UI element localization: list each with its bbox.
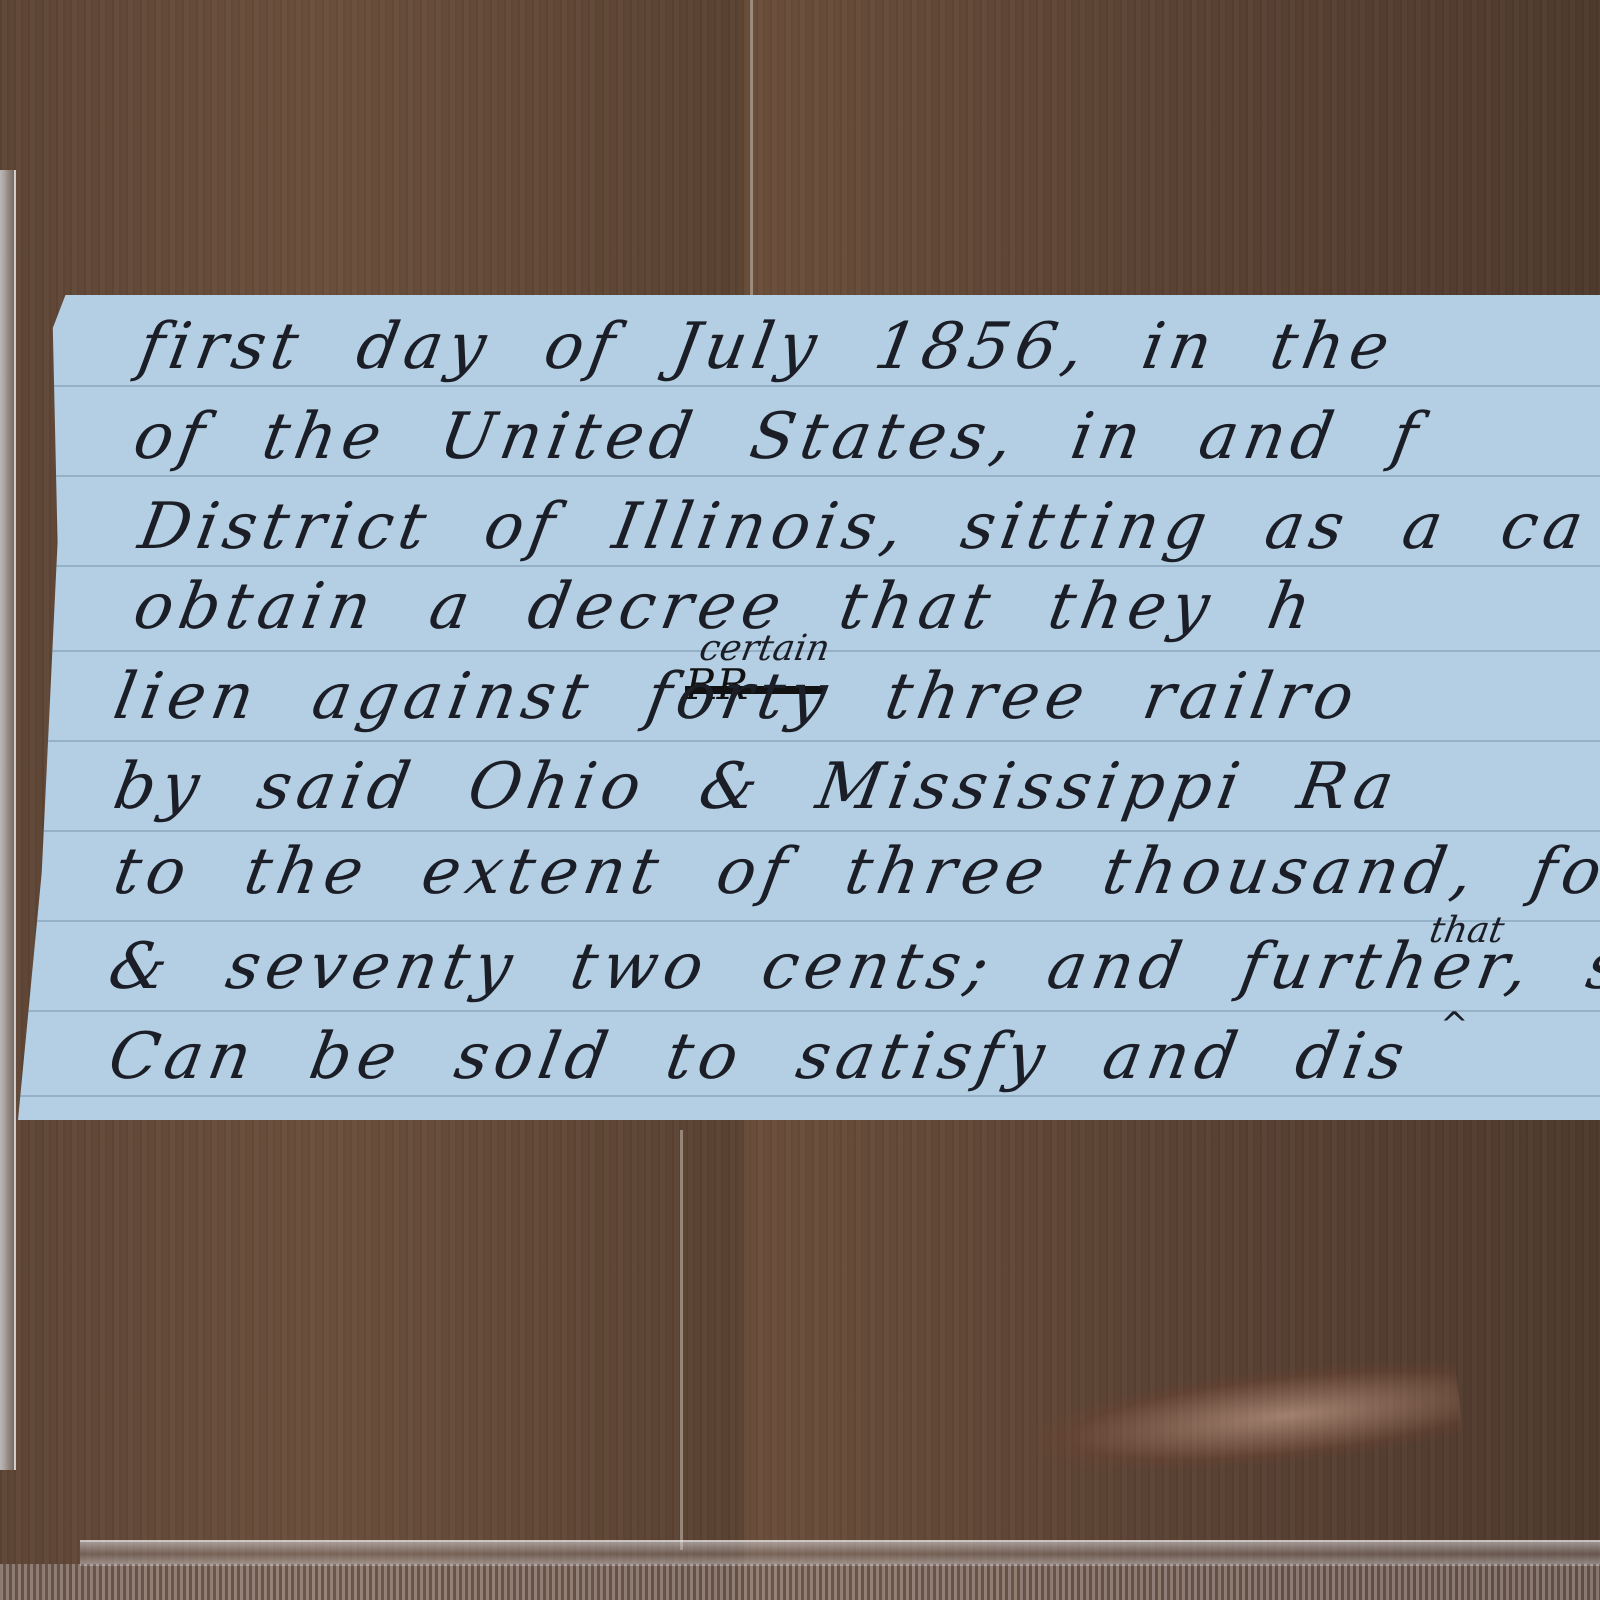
handwritten-line-7: to the extent of three thousand, four h xyxy=(108,835,1600,909)
wood-plank-seam xyxy=(680,1130,683,1550)
ruled-line xyxy=(18,565,1600,567)
plastic-holder-bottom-rail xyxy=(80,1540,1600,1566)
ruled-line xyxy=(18,385,1600,387)
handwritten-line-9: Can be sold to satisfy and dis xyxy=(103,1020,1415,1094)
handwritten-line-2: of the United States, in and f xyxy=(128,400,1429,474)
plastic-holder-left-edge xyxy=(0,170,16,1470)
ruled-line xyxy=(18,475,1600,477)
handwritten-line-6: by said Ohio & Mississippi Ra xyxy=(108,750,1405,824)
plastic-holder-bottom-strip xyxy=(0,1564,1600,1600)
handwritten-line-1: first day of July 1856, in the xyxy=(133,310,1400,384)
handwritten-line-3: District of Illinois, sitting as a ca xyxy=(133,490,1594,564)
handwritten-line-8: & seventy two cents; and further, sa xyxy=(103,930,1600,1004)
ruled-line xyxy=(18,740,1600,742)
reflection-glare xyxy=(1026,1353,1463,1487)
wood-plank-seam xyxy=(750,0,753,300)
ruled-line xyxy=(18,1010,1600,1012)
insertion-caret-mark: ^ xyxy=(1440,1005,1469,1045)
ruled-line xyxy=(18,1095,1600,1097)
handwritten-line-5: lien against forty three railro xyxy=(108,660,1365,734)
ruled-line xyxy=(18,830,1600,832)
ruled-line xyxy=(18,920,1600,922)
